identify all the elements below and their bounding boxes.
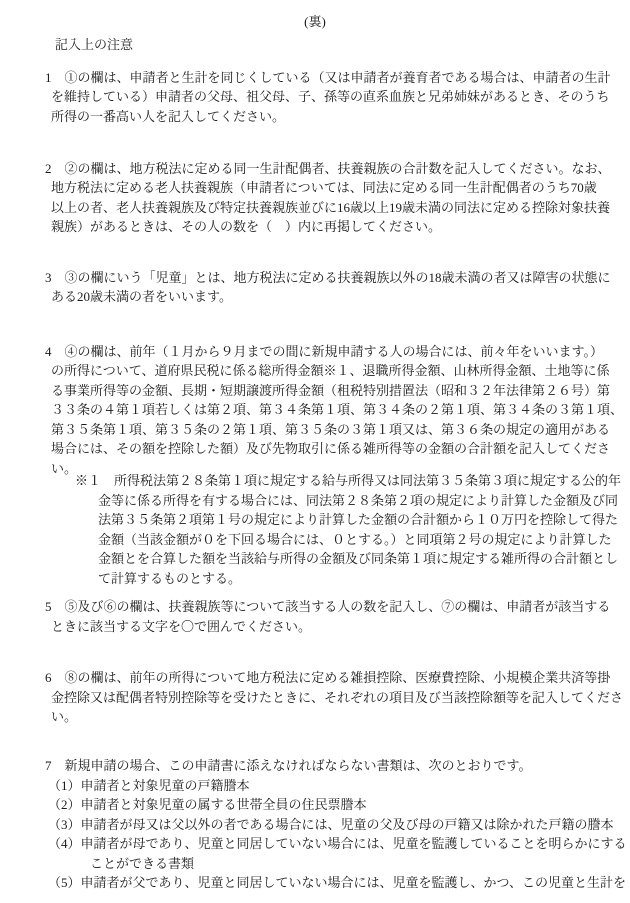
item1-line2: を維持している）申請者の父母、祖父母、子、孫等の直系血族と兄弟姉妹があるとき、そ… [51,87,630,107]
item5-line2: ときに該当する文字を〇で囲んでください。 [51,617,630,637]
item7-doc-4-line1: （4）申請者が母であり、児童と同居していない場合には、児童を監護していることを明… [48,834,630,854]
side-label: (裏) [0,12,630,32]
item4-line1: 4 ④の欄は、前年（１月から９月までの間に新規申請する人の場合には、前々年をいい… [45,342,630,362]
item4-line5: 第３５条第１項、第３５条の２第１項、第３５条の３第１項又は、第３６条の規定の適用… [51,420,630,440]
item6-line3: い。 [51,707,630,727]
item2-line2: 地方税法に定める老人扶養親族（申請者については、同法に定める同一生計配偶者のうち… [51,178,630,198]
item4-line3: る事業所得等の金額、長期・短期譲渡所得金額（租税特別措置法（昭和３２年法律第２６… [51,381,630,401]
note1-line5: 金額とを合算した額を当該給与所得の金額及び同条第１項に規定する雑所得の合計額とし [98,549,630,569]
item3-line1: 3 ③の欄にいう「児童」とは、地方税法に定める扶養親族以外の18歳未満の者又は障… [45,268,630,288]
note1-line2: 金等に係る所得を有する場合には、同法第２８条第２項の規定により計算した金額及び同 [98,491,630,511]
note1-line3: 法第３５条第２項第１号の規定により計算した金額の合計額から１０万円を控除して得た [98,510,630,530]
item2-line1: 2 ②の欄は、地方税法に定める同一生計配偶者、扶養親族の合計数を記入してください… [45,159,630,179]
item5-line1: 5 ⑤及び⑥の欄は、扶養親族等について該当する人の数を記入し、⑦の欄は、申請者が… [45,597,630,617]
item7-doc-2: （2）申請者と対象児童の属する世帯全員の住民票謄本 [48,795,630,815]
item7-doc-3: （3）申請者が母又は父以外の者である場合には、児童の父及び母の戸籍又は除かれた戸… [48,815,630,835]
instruction-item-3: 3 ③の欄にいう「児童」とは、地方税法に定める扶養親族以外の18歳未満の者又は障… [0,268,630,307]
instruction-item-7: 7 新規申請の場合、この申請書に添えなければならない書類は、次のとおりです。 （… [0,756,630,893]
instruction-item-4: 4 ④の欄は、前年（１月から９月までの間に新規申請する人の場合には、前々年をいい… [0,342,630,479]
item1-line1: 1 ①の欄は、申請者と生計を同じくしている（又は申請者が養育者である場合は、申請… [45,68,630,88]
item7-doc-1: （1）申請者と対象児童の戸籍謄本 [48,776,630,796]
item4-line4: ３３条の４第１項若しくは第２項、第３４条第１項、第３４条の２第１項、第３４条の３… [51,400,630,420]
item7-doc-5: （5）申請者が父であり、児童と同居していない場合には、児童を監護し、かつ、この児… [48,873,630,893]
document-page: { "page": { "side_label": "(裏)", "headin… [0,0,630,903]
item4-line6: 場合には、その額を控除した額）及び先物取引に係る雑所得等の金額の合計額を記入して… [51,439,630,459]
item2-line3: 以上の者、老人扶養親族及び特定扶養親族並びに16歳以上19歳未満の同法に定める控… [51,198,630,218]
instruction-item-2: 2 ②の欄は、地方税法に定める同一生計配偶者、扶養親族の合計数を記入してください… [0,159,630,237]
item3-line2: ある20歳未満の者をいいます。 [51,287,630,307]
note1-line4: 金額（当該金額が０を下回る場合には、０とする。）と同項第２号の規定により計算した [98,530,630,550]
item1-line3: 所得の一番高い人を記入してください。 [51,107,630,127]
item7-doc-4-line2: ことができる書類 [90,854,630,874]
item6-line2: 金控除又は配偶者特別控除等を受けたときに、それぞれの項目及び当該控除額等を記入し… [51,688,630,708]
instruction-item-6: 6 ⑧の欄は、前年の所得について地方税法に定める雑損控除、医療費控除、小規模企業… [0,668,630,727]
item6-line1: 6 ⑧の欄は、前年の所得について地方税法に定める雑損控除、医療費控除、小規模企業… [45,668,630,688]
item7-intro: 7 新規申請の場合、この申請書に添えなければならない書類は、次のとおりです。 [45,756,630,776]
instruction-item-1: 1 ①の欄は、申請者と生計を同じくしている（又は申請者が養育者である場合は、申請… [0,68,630,127]
note1-line6: て計算するものとする。 [98,569,630,589]
instruction-item-5: 5 ⑤及び⑥の欄は、扶養親族等について該当する人の数を記入し、⑦の欄は、申請者が… [0,597,630,636]
note1-line1: ※１ 所得税法第２８条第１項に規定する給与所得又は同法第３５条第３項に規定する公… [75,471,630,491]
page-heading: 記入上の注意 [55,35,630,55]
item4-line2: の所得について、道府県民税に係る総所得金額※１、退職所得金額、山林所得金額、土地… [51,361,630,381]
item2-line4: 親族）があるときは、その人の数を（ ）内に再掲してください。 [51,217,630,237]
instruction-note-1: ※１ 所得税法第２８条第１項に規定する給与所得又は同法第３５条第３項に規定する公… [0,471,630,588]
